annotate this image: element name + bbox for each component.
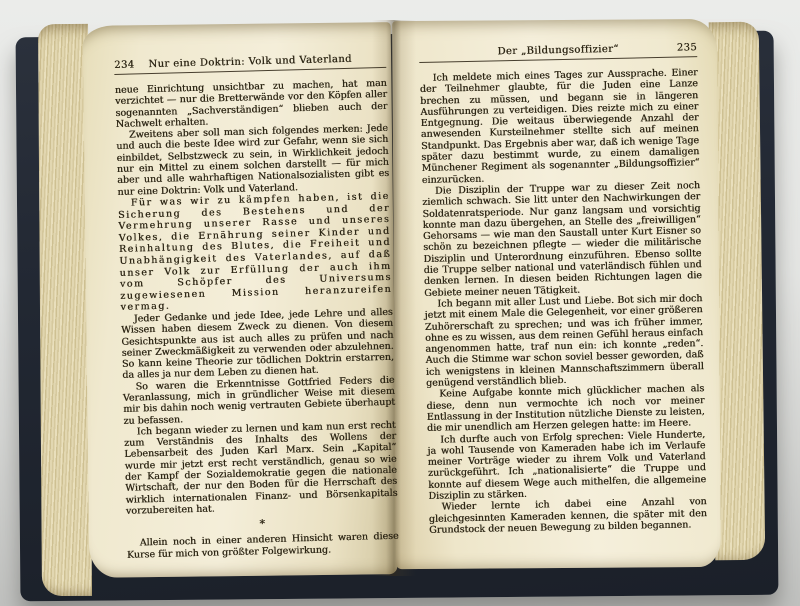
paragraph: Ich meldete mich eines Tages zur Ausspra…: [420, 67, 700, 186]
paragraph: neue Einrichtung unsichtbar zu machen, h…: [115, 78, 388, 130]
open-book-photo: 234 Nur eine Doktrin: Volk und Vaterland…: [0, 0, 800, 606]
paragraph: Ich durfte auch von Erfolg sprechen: Vie…: [427, 429, 706, 503]
paragraph: Die Disziplin der Truppe war zu dieser Z…: [422, 180, 702, 299]
paragraph: Ich begann mit aller Lust und Liebe. Bot…: [424, 293, 704, 389]
paragraph: Keine Aufgabe konnte mich glücklicher ma…: [426, 383, 705, 434]
page-number-right: 235: [663, 42, 697, 54]
paragraph: So waren die Erkenntnisse Gottfried Fede…: [122, 374, 395, 426]
paragraph: Ich begann wieder zu lernen und kam nun …: [124, 420, 398, 517]
paragraph: Zweitens aber soll man sich folgendes me…: [116, 123, 390, 198]
paragraph: Wieder lernte ich dabei eine Anzahl von …: [429, 496, 708, 536]
left-page-body: neue Einrichtung unsichtbar zu machen, h…: [115, 78, 399, 561]
right-page-text: Der „Bildungsoffizier“ 235 Ich meldete m…: [419, 42, 707, 536]
paragraph: Jeder Gedanke und jede Idee, jede Lehre …: [121, 307, 395, 382]
paragraph-emphasized: Für was wir zu kämpfen haben, ist die Si…: [118, 191, 393, 314]
right-page-body: Ich meldete mich eines Tages zur Ausspra…: [420, 67, 708, 536]
page-number-left: 234: [114, 59, 148, 71]
header-spacer-right: [419, 55, 453, 56]
left-page-text: 234 Nur eine Doktrin: Volk und Vaterland…: [114, 53, 399, 561]
header-spacer-left: [352, 61, 386, 62]
